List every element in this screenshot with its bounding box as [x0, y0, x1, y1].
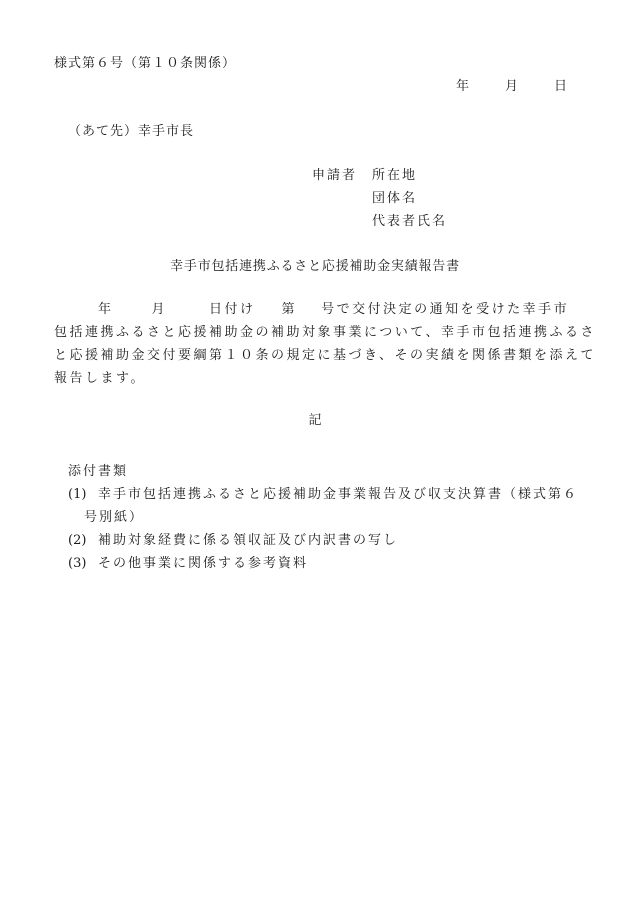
- attachment-item-1-continued: 号別紙）: [68, 506, 578, 529]
- body-day: 日付け: [209, 302, 256, 317]
- attachment-number: (3): [68, 552, 98, 575]
- addressee: （あて先）幸手市長: [68, 125, 194, 138]
- body-line-2: 包括連携ふるさと応援補助金の補助対象事業について、幸手市包括連携ふるさ: [54, 321, 579, 344]
- attachment-number: (1): [68, 483, 98, 506]
- body-line-4: 報告します。: [54, 367, 579, 390]
- date-year-label: 年: [456, 80, 469, 93]
- date-line: 年月日: [456, 80, 567, 93]
- attachment-text: 補助対象経費に係る領収証及び内訳書の写し: [98, 533, 398, 548]
- body-dai: 第: [282, 302, 298, 317]
- body-line-3: と応援補助金交付要綱第１０条の規定に基づき、その実績を関係書類を添えて: [54, 344, 579, 367]
- attachment-item-2: (2)補助対象経費に係る領収証及び内訳書の写し: [68, 529, 578, 552]
- applicant-representative-field: 代表者氏名: [372, 215, 447, 228]
- attachment-text: 幸手市包括連携ふるさと応援補助金事業報告及び収支決算書（様式第６: [98, 487, 578, 502]
- applicant-organization-field: 団体名: [372, 192, 417, 205]
- attachments-heading: 添付書類: [68, 460, 578, 483]
- date-day-label: 日: [554, 80, 567, 93]
- body-month: 月: [152, 302, 168, 317]
- body-line-1: 年月日付け第号で交付決定の通知を受けた幸手市: [54, 298, 579, 321]
- body-year: 年: [98, 302, 114, 317]
- attachment-item-1: (1)幸手市包括連携ふるさと応援補助金事業報告及び収支決算書（様式第６: [68, 483, 578, 506]
- date-month-label: 月: [505, 80, 518, 93]
- applicant-address-field: 所在地: [372, 169, 417, 182]
- applicant-label: 申請者: [312, 169, 357, 182]
- attachment-item-3: (3)その他事業に関係する参考資料: [68, 552, 578, 575]
- attachment-text: その他事業に関係する参考資料: [98, 556, 308, 571]
- ki-heading: 記: [0, 414, 630, 427]
- body-line1-rest: 号で交付決定の通知を受けた幸手市: [321, 302, 569, 317]
- document-title: 幸手市包括連携ふるさと応援補助金実績報告書: [0, 260, 630, 273]
- form-number: 様式第６号（第１０条関係）: [54, 57, 236, 70]
- body-paragraph: 年月日付け第号で交付決定の通知を受けた幸手市 包括連携ふるさと応援補助金の補助対…: [54, 298, 579, 390]
- attachment-number: (2): [68, 529, 98, 552]
- attachments-section: 添付書類 (1)幸手市包括連携ふるさと応援補助金事業報告及び収支決算書（様式第６…: [68, 460, 578, 575]
